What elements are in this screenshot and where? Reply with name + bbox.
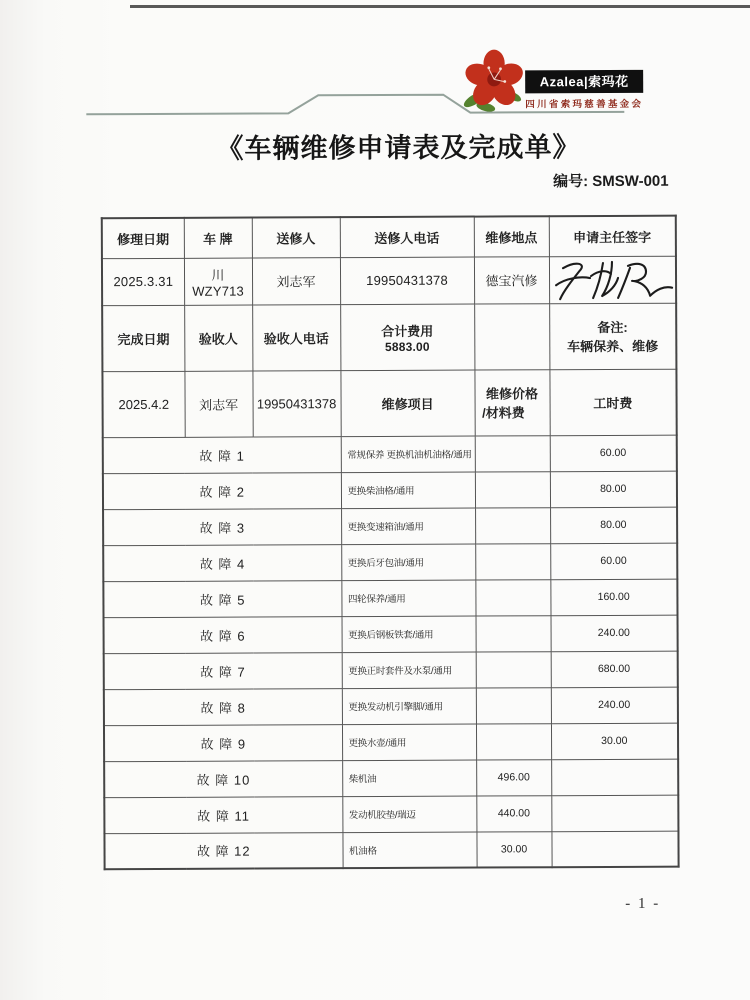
- fault-label-cell: 故 障 8: [104, 688, 342, 725]
- fault-row-3: 故 障 3 更换变速箱油/通用 80.00: [103, 507, 677, 546]
- fault-item-cell: 发动机胶垫/瑞迈: [342, 796, 476, 833]
- fault-row-11: 故 障 11 发动机胶垫/瑞迈 440.00: [104, 795, 678, 834]
- inspector-value: 刘志军: [184, 371, 252, 437]
- fault-price-cell: [476, 723, 551, 759]
- fault-labor-cell: 240.00: [551, 615, 678, 652]
- fault-price-cell: [476, 615, 551, 651]
- fault-row-2: 故 障 2 更换柴油格/通用 80.00: [103, 471, 677, 510]
- inspector-phone-value: 19950431378: [252, 370, 340, 436]
- fault-price-cell: [475, 471, 550, 507]
- fault-price-cell: [476, 651, 551, 687]
- fault-item-cell: 更换发动机引擎脚/通用: [342, 688, 476, 725]
- document-title: 《车辆维修申请表及完成单》: [48, 124, 748, 166]
- fault-item-cell: 更换变速箱油/通用: [341, 508, 475, 545]
- fault-labor-cell: 80.00: [550, 507, 677, 544]
- total-fee-value: 5883.00: [341, 339, 474, 354]
- handwritten-signature-icon: [550, 256, 675, 304]
- location-value: 德宝汽修: [474, 256, 549, 303]
- fault-label-cell: 故 障 6: [104, 616, 342, 653]
- col-header-sender: 送修人: [252, 217, 340, 257]
- fault-labor-cell: 60.00: [550, 543, 677, 580]
- col-header-sender-phone: 送修人电话: [340, 217, 474, 258]
- page-number: - 1 -: [600, 896, 686, 913]
- fault-item-cell: 更换后牙包油/通用: [341, 544, 475, 581]
- repair-item-column-label: 维修项目: [340, 370, 474, 437]
- fault-labor-cell: [551, 831, 678, 868]
- fault-price-cell: [475, 543, 550, 579]
- fault-labor-cell: 60.00: [550, 435, 677, 472]
- completion-header-row: 完成日期 验收人 验收人电话 合计费用 5883.00 备注: 车辆保养、维修: [102, 303, 676, 372]
- fault-label-cell: 故 障 10: [104, 760, 342, 797]
- logo-brand-text: Azalea|索玛花: [525, 70, 643, 94]
- sender-value: 刘志军: [252, 257, 340, 304]
- fault-labor-cell: 30.00: [551, 723, 678, 760]
- fault-item-cell: 更换正时套件及水泵/通用: [342, 652, 476, 689]
- total-fee-label: 合计费用: [341, 320, 474, 340]
- fault-row-12: 故 障 12 机油格 30.00: [104, 831, 678, 870]
- labor-fee-column-label: 工时费: [549, 369, 676, 436]
- fault-labor-cell: [551, 759, 678, 796]
- director-signature-cell: [549, 256, 676, 304]
- request-row: 2025.3.31 川 WZY713 刘志军 19950431378 德宝汽修: [102, 256, 676, 306]
- table-header-row: 修理日期 车 牌 送修人 送修人电话 维修地点 申请主任签字: [102, 216, 676, 259]
- col-header-plate: 车 牌: [184, 218, 252, 258]
- fault-item-cell: 四轮保养/通用: [341, 580, 475, 617]
- price-column-label: 维修价格 /材料费: [474, 369, 549, 435]
- fault-row-10: 故 障 10 柴机油 496.00: [104, 759, 678, 798]
- fault-label-cell: 故 障 5: [103, 580, 341, 617]
- completion-row: 2025.4.2 刘志军 19950431378 维修项目 维修价格 /材料费 …: [102, 369, 676, 438]
- fault-row-7: 故 障 7 更换正时套件及水泵/通用 680.00: [104, 651, 678, 690]
- finish-date-label: 完成日期: [102, 305, 184, 371]
- inspector-label: 验收人: [184, 305, 252, 371]
- price-label-line2: /材料费: [475, 402, 525, 421]
- fault-row-1: 故 障 1 常规保养 更换机油机油格/通用 60.00: [103, 435, 677, 474]
- fault-price-cell: [475, 579, 550, 615]
- fault-price-cell: 440.00: [476, 795, 551, 831]
- fault-label-cell: 故 障 4: [103, 544, 341, 581]
- document-content: Azalea|索玛花 四川省索玛慈善基金会 《车辆维修申请表及完成单》 编号: …: [0, 0, 750, 1000]
- scanned-document-page: Azalea|索玛花 四川省索玛慈善基金会 《车辆维修申请表及完成单》 编号: …: [0, 0, 750, 1000]
- fault-item-cell: 更换水壶/通用: [342, 724, 476, 761]
- fault-label-cell: 故 障 7: [104, 652, 342, 689]
- col-header-repair-date: 修理日期: [102, 218, 184, 258]
- fault-labor-cell: 240.00: [551, 687, 678, 724]
- fault-labor-cell: 80.00: [550, 471, 677, 508]
- azalea-flower-icon: [460, 47, 528, 113]
- remark-value: 车辆保养、维修: [550, 336, 676, 356]
- empty-cell: [474, 303, 549, 369]
- fault-price-cell: [476, 687, 551, 723]
- repair-date-value: 2025.3.31: [102, 258, 184, 305]
- fault-item-cell: 常规保养 更换机油机油格/通用: [341, 436, 475, 473]
- plate-value: 川 WZY713: [184, 258, 252, 305]
- fault-label-cell: 故 障 3: [103, 508, 341, 545]
- fault-label-cell: 故 障 12: [104, 832, 342, 869]
- fault-label-cell: 故 障 11: [104, 796, 342, 833]
- repair-request-table: 修理日期 车 牌 送修人 送修人电话 维修地点 申请主任签字 2025.3.31…: [101, 215, 680, 871]
- col-header-location: 维修地点: [474, 216, 549, 256]
- fault-row-8: 故 障 8 更换发动机引擎脚/通用 240.00: [104, 687, 678, 726]
- fault-row-4: 故 障 4 更换后牙包油/通用 60.00: [103, 543, 677, 582]
- fault-item-cell: 更换柴油格/通用: [341, 472, 475, 509]
- document-number: 编号: SMSW-001: [459, 170, 669, 192]
- fault-labor-cell: 160.00: [550, 579, 677, 616]
- fault-labor-cell: [551, 795, 678, 832]
- fault-price-cell: [475, 507, 550, 543]
- fault-labor-cell: 680.00: [551, 651, 678, 688]
- col-header-director-signature: 申请主任签字: [549, 216, 676, 257]
- inspector-phone-label: 验收人电话: [252, 304, 340, 370]
- fault-price-cell: 496.00: [476, 759, 551, 795]
- fault-price-cell: 30.00: [476, 831, 551, 867]
- remark-cell: 备注: 车辆保养、维修: [549, 303, 676, 370]
- finish-date-value: 2025.4.2: [102, 371, 184, 437]
- fault-label-cell: 故 障 1: [103, 436, 341, 473]
- fault-row-9: 故 障 9 更换水壶/通用 30.00: [104, 723, 678, 762]
- fault-item-cell: 机油格: [342, 832, 476, 869]
- logo-subtitle-text: 四川省索玛慈善基金会: [525, 96, 655, 111]
- sender-phone-value: 19950431378: [340, 257, 474, 305]
- price-label-line1: 维修价格: [475, 383, 549, 402]
- fault-item-cell: 更换后钢板铁套/通用: [342, 616, 476, 653]
- total-fee-cell: 合计费用 5883.00: [340, 304, 474, 371]
- fault-row-5: 故 障 5 四轮保养/通用 160.00: [103, 579, 677, 618]
- fault-label-cell: 故 障 2: [103, 472, 341, 509]
- remark-label: 备注:: [550, 317, 676, 337]
- fault-item-cell: 柴机油: [342, 760, 476, 797]
- fault-price-cell: [475, 435, 550, 471]
- fault-label-cell: 故 障 9: [104, 724, 342, 761]
- fault-row-6: 故 障 6 更换后钢板铁套/通用 240.00: [104, 615, 678, 654]
